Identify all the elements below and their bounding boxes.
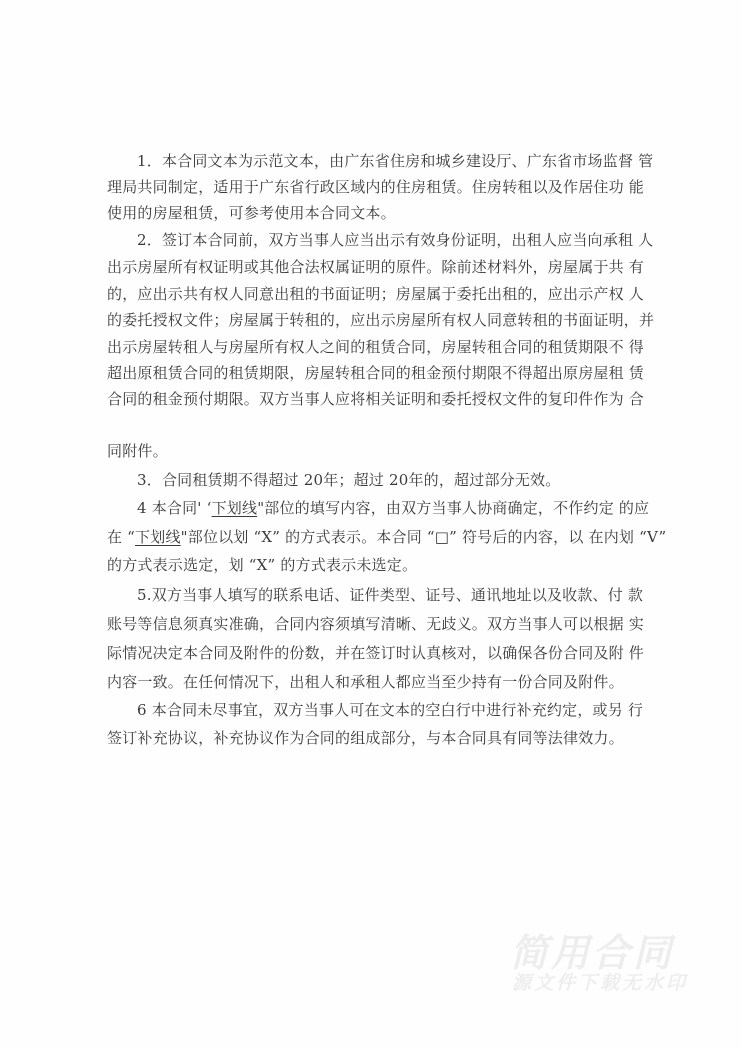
clause-5-line-4: 内容一致。在任何情况下，出租人和承租人都应当至少持有一份合同及附件。 <box>107 671 638 693</box>
clause-4-line-2: 在 “下划线"部位以划 “X” 的方式表示。本合同 “□” 符号后的内容，以 在… <box>107 526 638 548</box>
clause-3-line-1: 3．合同租赁期不得超过 20年；超过 20年的，超过部分无效。 <box>137 469 638 491</box>
clause-4-line-2-post: "部位以划 “X” 的方式表示。本合同 “□” 符号后的内容，以 在内划 “V” <box>181 528 667 546</box>
clause-5-line-2: 账号等信息须真实准确，合同内容须填写清晰、无歧义。双方当事人可以根据 实 <box>107 613 638 635</box>
clause-2-line-2: 出示房屋所有权证明或其他合法权属证明的原件。除前述材料外，房屋属于共 有 <box>107 256 638 278</box>
clause-4-line-3: 的方式表示选定，划 “X” 的方式表示未选定。 <box>107 554 638 576</box>
document-page: 1．本合同文本为示范文本，由广东省住房和城乡建设厅、广东省市场监督 管 理局共同… <box>0 0 742 1050</box>
clause-2-line-5: 出示房屋转租人与房屋所有权人之间的租赁合同，房屋转租合同的租赁期限不 得 <box>107 336 638 358</box>
clause-4-line-2-pre: 在 “ <box>107 528 135 546</box>
clause-1-line-3: 使用的房屋租赁，可参考使用本合同文本。 <box>107 202 638 224</box>
clause-1-line-1: 1．本合同文本为示范文本，由广东省住房和城乡建设厅、广东省市场监督 管 <box>137 150 638 172</box>
clause-2-line-8: 同附件。 <box>107 440 638 462</box>
clause-2-line-6: 超出原租赁合同的租赁期限，房屋转租合同的租金预付期限不得超出原房屋租 赁 <box>107 362 638 384</box>
clause-1-line-2: 理局共同制定，适用于广东省行政区域内的住房租赁。住房转租以及作居住功 能 <box>107 176 638 198</box>
underline-term: 下划线 <box>135 528 181 546</box>
clause-2-line-3: 的，应出示共有权人同意出租的书面证明；房屋属于委托出租的，应出示产权 人 <box>107 283 638 305</box>
clause-5-line-3: 际情况决定本合同及附件的份数，并在签订时认真核对，以确保各份合同及附 件 <box>107 642 638 664</box>
clause-2-line-7: 合同的租金预付期限。双方当事人应将相关证明和委托授权文件的复印件作为 合 <box>107 388 638 410</box>
clause-4-line-1-post: "部位的填写内容，由双方当事人协商确定，不作约定 的应 <box>257 499 649 517</box>
watermark-subtitle: 源文件下载无水印 <box>512 968 688 995</box>
clause-4-line-1-pre: 4 本合同' ‘ <box>137 499 212 517</box>
underline-term: 下划线 <box>212 499 258 517</box>
clause-6-line-1: 6 本合同未尽事宜，双方当事人可在文本的空白行中进行补充约定，或另 行 <box>137 699 638 721</box>
clause-6-line-2: 签订补充协议，补充协议作为合同的组成部分，与本合同具有同等法律效力。 <box>107 727 638 749</box>
clause-5-line-1: 5.双方当事人填写的联系电话、证件类型、证号、通讯地址以及收款、付 款 <box>137 584 638 606</box>
clause-2-line-1: 2．签订本合同前，双方当事人应当出示有效身份证明，出租人应当向承租 人 <box>137 229 638 251</box>
clause-2-line-4: 的委托授权文件；房屋属于转租的，应出示房屋所有权人同意转租的书面证明，并 <box>107 309 638 331</box>
clause-4-line-1: 4 本合同' ‘下划线"部位的填写内容，由双方当事人协商确定，不作约定 的应 <box>137 497 638 519</box>
